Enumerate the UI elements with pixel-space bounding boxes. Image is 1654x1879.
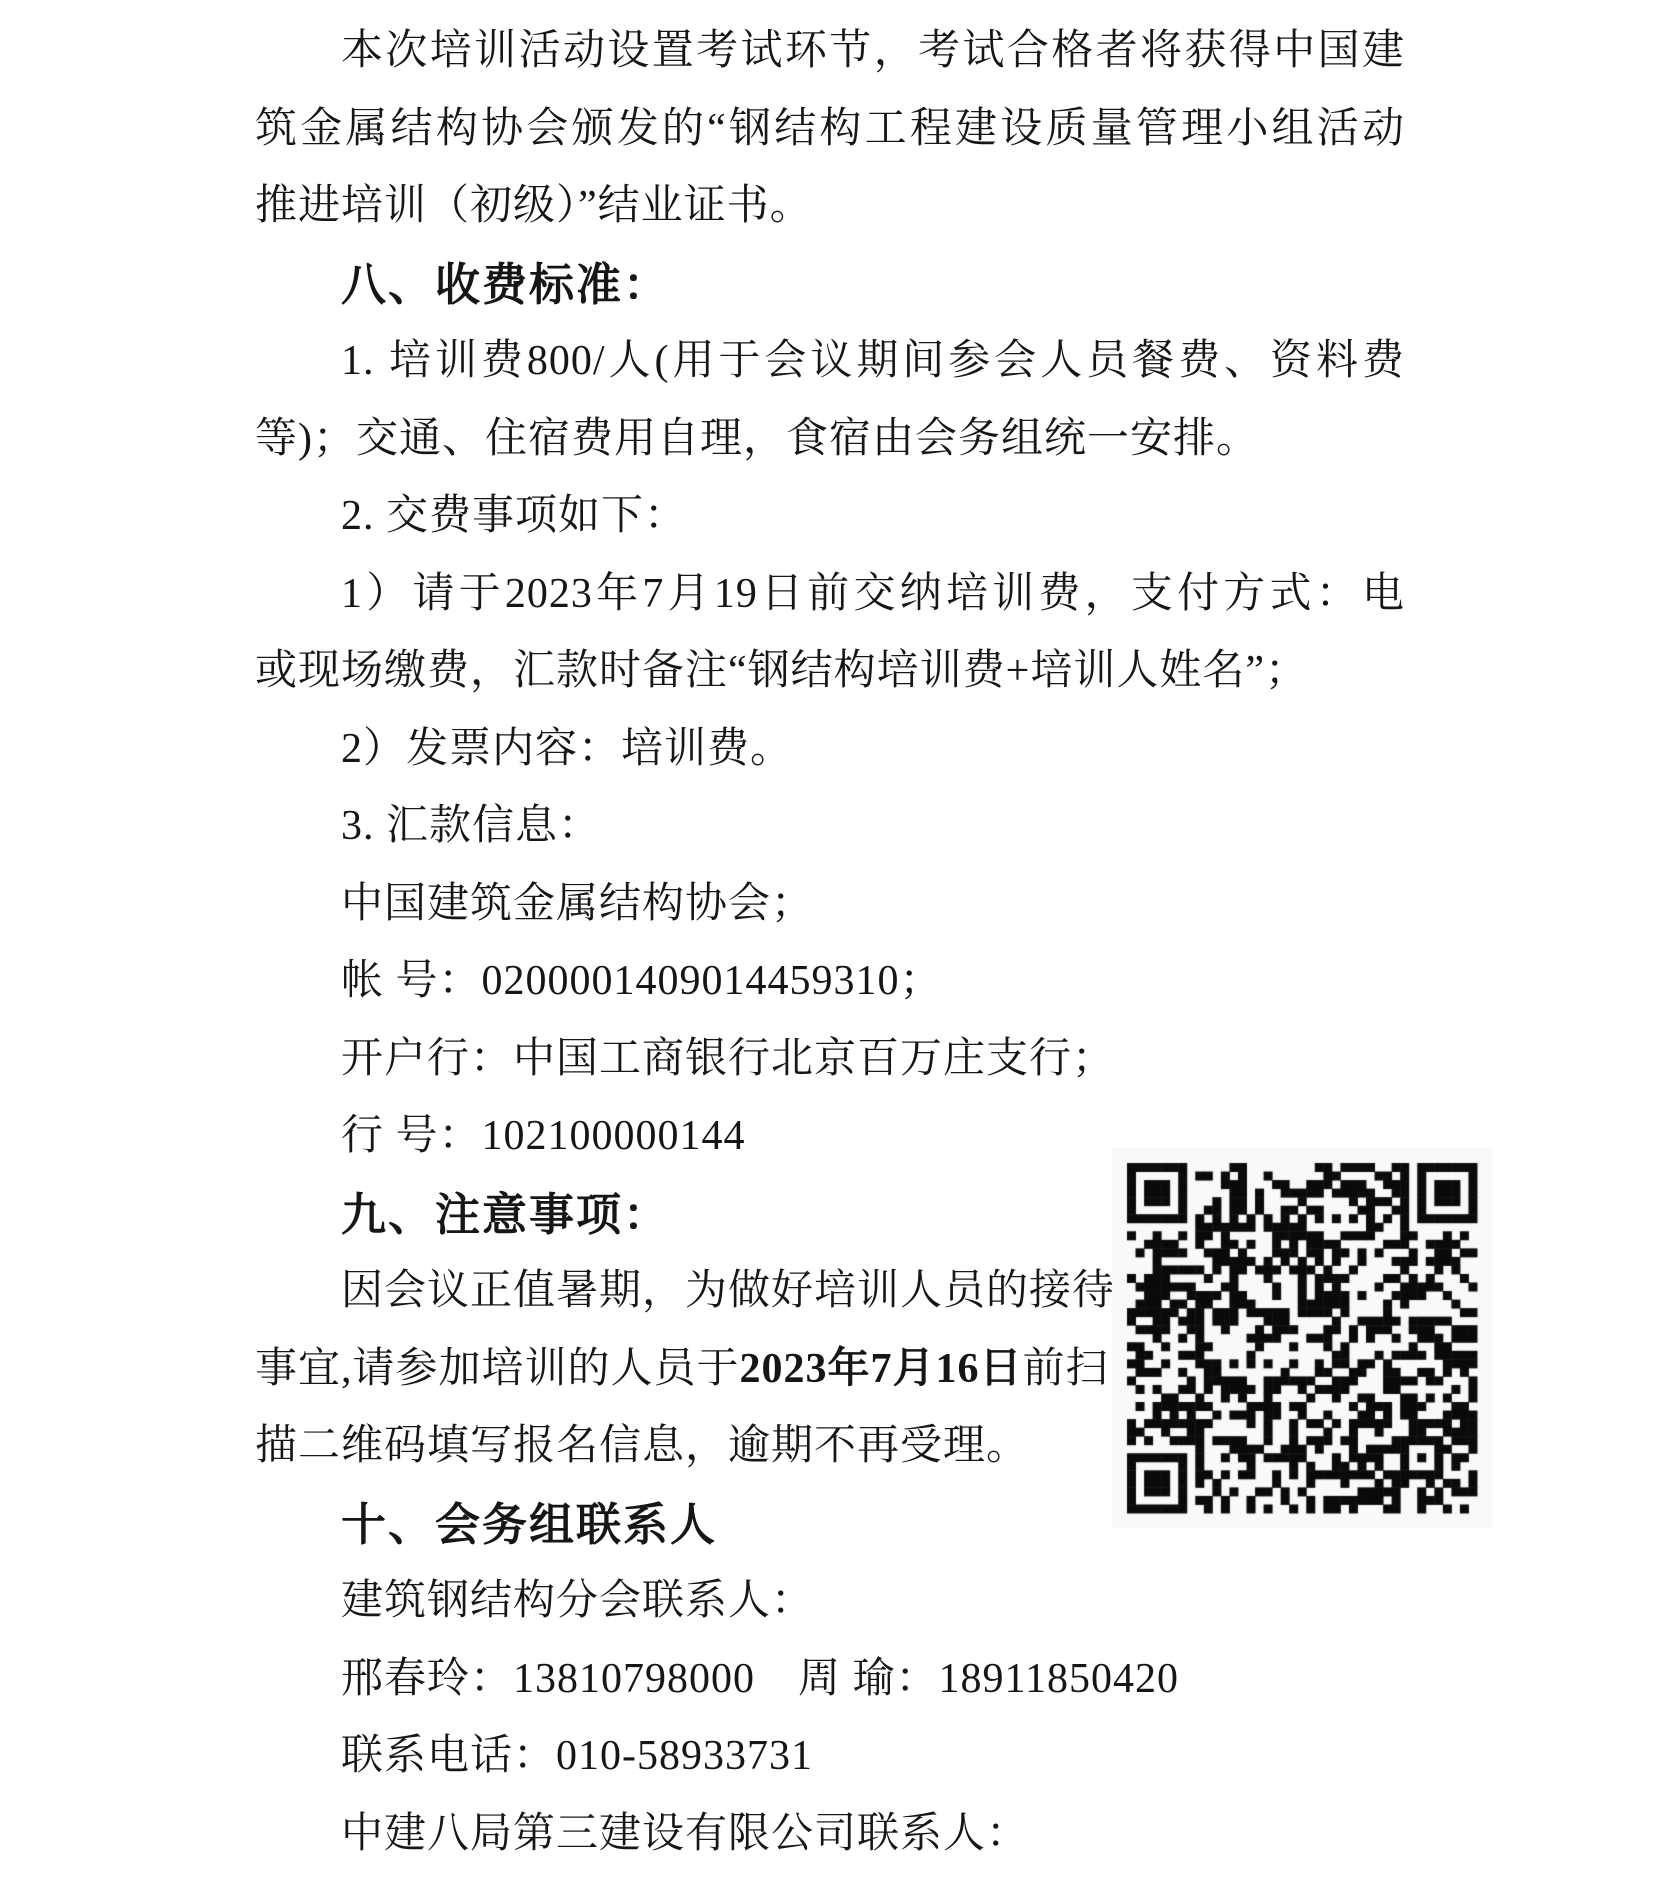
fee-item-1-line-2: 等)；交通、住宿费用自理，食宿由会务组统一安排。 — [255, 401, 1405, 479]
contact-persons: 邢春玲：13810798000 周 瑜：18911850420 — [255, 1641, 1405, 1719]
contact-company-title: 中建八局第三建设有限公司联系人： — [255, 1796, 1405, 1874]
notes-line-2-bold-date: 2023年7月16日 — [740, 1346, 1023, 1392]
fee-item-1-line-1: 1. 培训费800/人(用于会议期间参会人员餐费、资料费 — [255, 323, 1405, 401]
remit-info-title: 3. 汇款信息： — [255, 788, 1405, 866]
para-certificate-line-3: 推进培训（初级）”结业证书。 — [255, 168, 1405, 246]
contact-branch-title: 建筑钢结构分会联系人： — [255, 1563, 1405, 1641]
notes-line-2-text: 事宜,请参加培训的人员于 — [255, 1346, 740, 1392]
payment-detail-2: 2）发票内容：培训费。 — [255, 711, 1405, 789]
para-certificate-line-2: 筑金属结构协会颁发的“钢结构工程建设质量管理小组活动 — [255, 91, 1405, 169]
document-page: { "page": { "background": "#ffffff", "te… — [0, 0, 1654, 1879]
notes-line-2-text: 前扫 — [1023, 1346, 1109, 1392]
fee-item-2: 2. 交费事项如下： — [255, 478, 1405, 556]
remit-bank: 开户行：中国工商银行北京百万庄支行； — [255, 1021, 1405, 1099]
qr-code-image — [1112, 1148, 1492, 1528]
payment-detail-1-line-2: 或现场缴费，汇款时备注“钢结构培训费+培训人姓名”； — [255, 633, 1405, 711]
para-certificate-line-1: 本次培训活动设置考试环节，考试合格者将获得中国建 — [255, 13, 1405, 91]
remit-payee: 中国建筑金属结构协会； — [255, 866, 1405, 944]
contact-phone: 联系电话：010-58933731 — [255, 1718, 1405, 1796]
payment-detail-1-line-1: 1）请于2023年7月19日前交纳培训费，支付方式：电汇、 — [255, 556, 1405, 634]
heading-fees: 八、收费标准： — [255, 246, 1405, 324]
document-body: 本次培训活动设置考试环节，考试合格者将获得中国建筑金属结构协会颁发的“钢结构工程… — [255, 13, 1405, 1873]
remit-account: 帐 号：0200001409014459310； — [255, 943, 1405, 1021]
registration-qr-code — [1112, 1148, 1492, 1528]
